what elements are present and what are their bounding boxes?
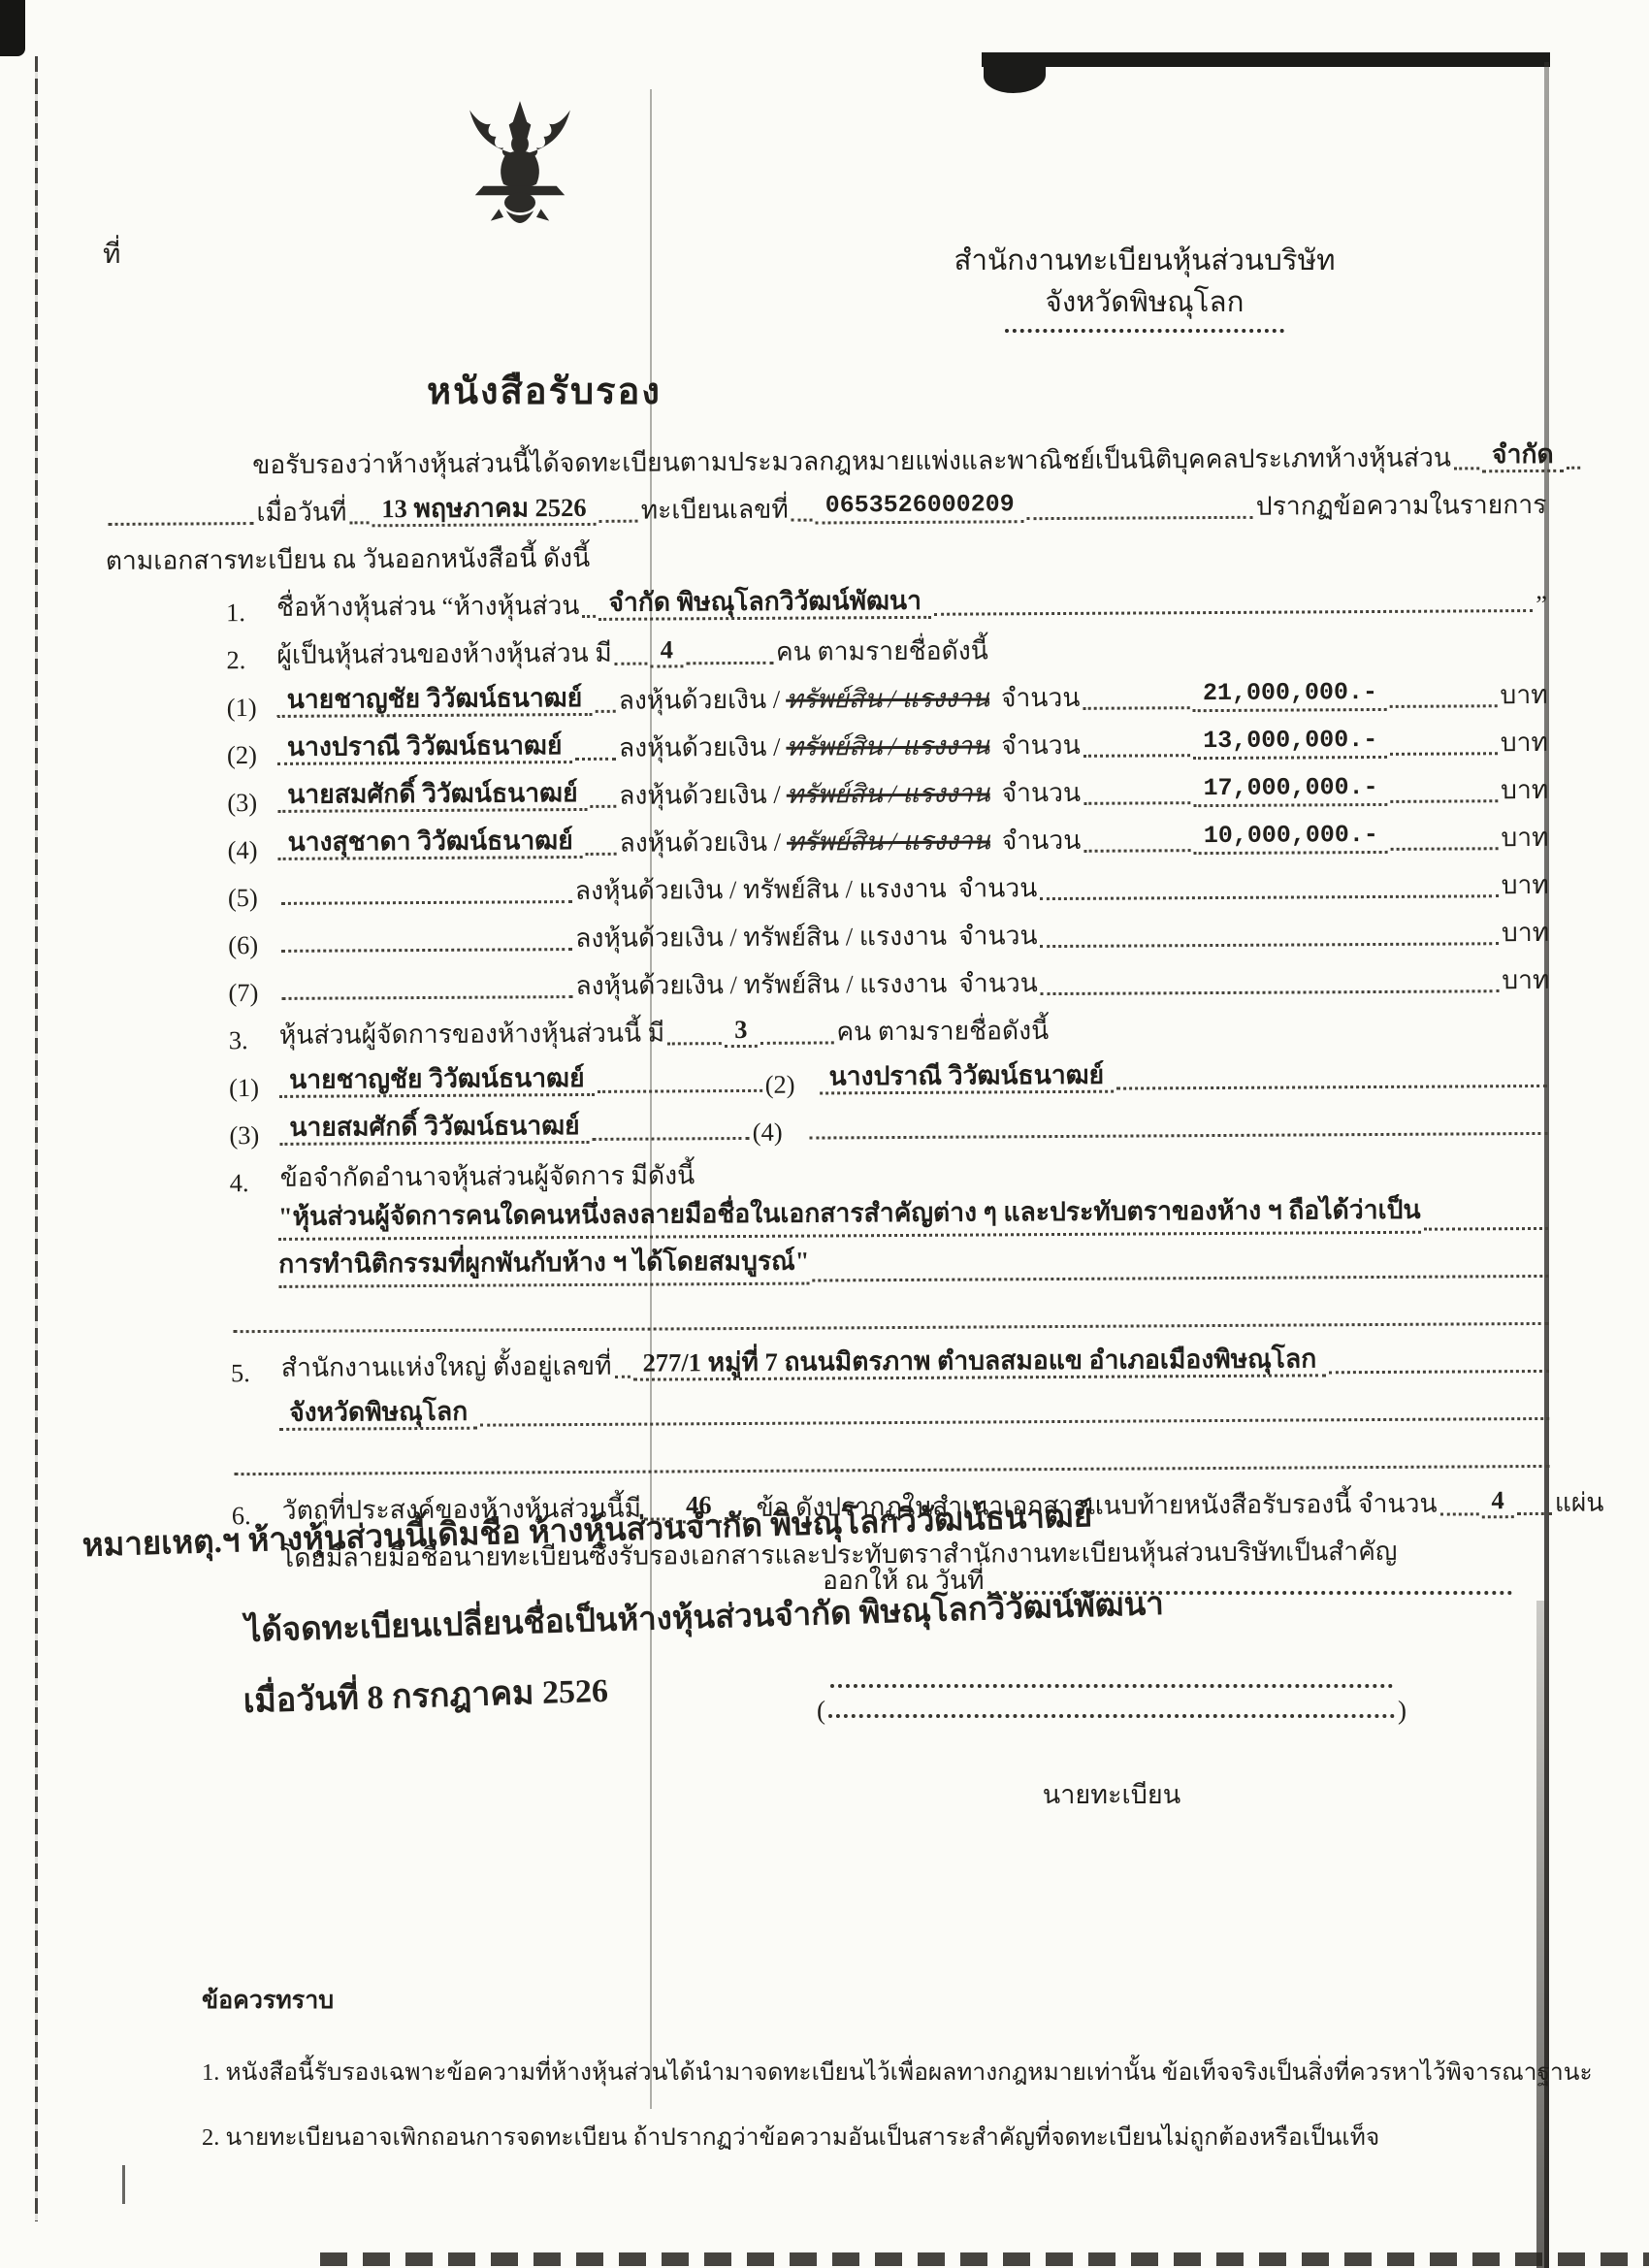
contribution-label: ลงหุ้นด้วยเงิน / bbox=[619, 727, 781, 768]
partner-row-empty: (7) ลงหุ้นด้วยเงิน / ทรัพย์สิน / แรงงาน … bbox=[228, 953, 1549, 1008]
manager-name: นายชาญชัย วิวัฒน์ธนาฒย์ bbox=[279, 1062, 595, 1097]
scan-artifact-top-left bbox=[0, 0, 25, 56]
authority-quote-text: การทำนิติกรรมที่ผูกพันกับห้าง ฯ ได้โดยสม… bbox=[278, 1241, 810, 1288]
item-4-quote-2: การทำนิติกรรมที่ผูกพันกับห้าง ฯ ได้โดยสม… bbox=[278, 1238, 1551, 1293]
head-office-label: สำนักงานแห่งใหญ่ ตั้งอยู่เลขที่ bbox=[281, 1345, 612, 1388]
signature-line bbox=[830, 1649, 1393, 1688]
manager-name: นายสมศักดิ์ วิวัฒน์ธนาฒย์ bbox=[279, 1110, 590, 1145]
row-number: (6) bbox=[228, 930, 278, 960]
head-office-address-fill: 277/1 หมู่ที่ 7 ถนนมิตรภาพ ตำบลสมอแข อำเ… bbox=[632, 1344, 1326, 1381]
notice-heading: ข้อควรทราบ bbox=[202, 1981, 1521, 2020]
currency-unit: บาท bbox=[1501, 769, 1548, 810]
row-number: (2) bbox=[227, 740, 277, 770]
certificate-body: ขอรับรองว่าห้างหุ้นส่วนนี้ได้จดทะเบียนตา… bbox=[105, 430, 1553, 1579]
notice-item-1: 1. หนังสือนี้รับรองเฉพาะข้อความที่ห้างหุ… bbox=[202, 2053, 1521, 2090]
intro-text: ปรากฏข้อความในรายการ bbox=[1256, 484, 1547, 527]
scan-artifact-left-edge bbox=[35, 56, 38, 2221]
amount-label: จำนวน bbox=[1002, 820, 1082, 860]
row-number: (1) bbox=[229, 1073, 279, 1103]
item-number: 4. bbox=[230, 1168, 280, 1198]
amount-label: จำนวน bbox=[1001, 772, 1081, 813]
partnership-type-fill: จำกัด bbox=[1482, 438, 1564, 472]
registration-no-fill: 0653526000209 bbox=[816, 491, 1024, 524]
row-number: (2) bbox=[765, 1070, 820, 1100]
managers-count-fill: 3 bbox=[725, 1014, 757, 1048]
blank-dotted-line bbox=[230, 1285, 1551, 1341]
partner-row-empty: (6) ลงหุ้นด้วยเงิน / ทรัพย์สิน / แรงงาน … bbox=[228, 905, 1549, 960]
authority-quote-text: "หุ้นส่วนผู้จัดการคนใดคนหนึ่งลงลายมือชื่… bbox=[278, 1189, 1421, 1241]
issuing-office-block: สำนักงานทะเบียนหุ้นส่วนบริษัท จังหวัดพิษ… bbox=[912, 241, 1377, 333]
office-province: จังหวัดพิษณุโลก bbox=[1005, 282, 1285, 333]
scan-artifact-top-bar bbox=[982, 52, 1550, 67]
managers-count-label: หุ้นส่วนผู้จัดการของห้างหุ้นส่วนนี้ มี bbox=[279, 1012, 665, 1054]
partners-count-label: ผู้เป็นหุ้นส่วนของห้างหุ้นส่วน มี bbox=[276, 632, 612, 675]
currency-unit: บาท bbox=[1502, 864, 1549, 905]
contribution-struck: ทรัพย์สิน / แรงงาน bbox=[787, 820, 990, 861]
partner-row: (3) นายสมศักดิ์ วิวัฒน์ธนาฒย์ ลงหุ้นด้วย… bbox=[227, 762, 1548, 818]
sheets-unit-label: แผ่น bbox=[1555, 1482, 1604, 1523]
item-2-heading: 2. ผู้เป็นหุ้นส่วนของห้างหุ้นส่วน มี 4 ค… bbox=[226, 620, 1547, 675]
paren-close: ) bbox=[1398, 1696, 1406, 1726]
manager-row: (1) นายชาญชัย วิวัฒน์ธนาฒย์ (2) นางปราณี… bbox=[229, 1048, 1550, 1103]
garuda-emblem-icon bbox=[456, 93, 584, 245]
contribution-struck: ทรัพย์สิน / แรงงาน bbox=[787, 772, 990, 814]
amount-label: จำนวน bbox=[958, 915, 1038, 956]
contribution-struck: ทรัพย์สิน / แรงงาน bbox=[786, 725, 989, 766]
signatory-name-line: ( ) bbox=[817, 1696, 1406, 1726]
notice-item-2: 2. นายทะเบียนอาจเพิกถอนการจดทะเบียน ถ้าป… bbox=[202, 2118, 1521, 2155]
contribution-struck: ทรัพย์สิน / แรงงาน bbox=[786, 677, 989, 719]
amount-label: จำนวน bbox=[958, 867, 1038, 908]
item-number: 2. bbox=[226, 645, 276, 675]
item-5-address: 5. สำนักงานแห่งใหญ่ ตั้งอยู่เลขที่ 277/1… bbox=[231, 1333, 1552, 1388]
row-number: (4) bbox=[228, 835, 278, 865]
manager-name: นางปราณี วิวัฒน์ธนาฒย์ bbox=[819, 1059, 1114, 1094]
contribution-label: ลงหุ้นด้วยเงิน / bbox=[619, 774, 781, 816]
scan-artifact-top-blob bbox=[984, 58, 1046, 93]
currency-unit: บาท bbox=[1502, 959, 1549, 1000]
intro-text: ขอรับรองว่าห้างหุ้นส่วนนี้ได้จดทะเบียนตา… bbox=[252, 437, 1451, 486]
amount-fill: 10,000,000.- bbox=[1194, 822, 1388, 855]
sheets-count-fill: 4 bbox=[1481, 1485, 1513, 1519]
notice-section: ข้อควรทราบ 1. หนังสือนี้รับรองเฉพาะข้อคว… bbox=[202, 1981, 1521, 2183]
row-number: (1) bbox=[227, 693, 277, 723]
partner-row-empty: (5) ลงหุ้นด้วยเงิน / ทรัพย์สิน / แรงงาน … bbox=[228, 858, 1549, 913]
contribution-label: ลงหุ้นด้วยเงิน / bbox=[619, 679, 781, 721]
amount-label: จำนวน bbox=[1001, 725, 1081, 765]
partner-row: (2) นางปราณี วิวัฒน์ธนาฒย์ ลงหุ้นด้วยเงิ… bbox=[227, 715, 1548, 770]
manager-row: (3) นายสมศักดิ์ วิวัฒน์ธนาฒย์ (4) bbox=[229, 1095, 1550, 1150]
item-1-name: 1. ชื่อห้างหุ้นส่วน “ห้างหุ้นส่วน จำกัด … bbox=[226, 572, 1547, 628]
row-number: (3) bbox=[227, 788, 277, 818]
partnership-name-label: ชื่อห้างหุ้นส่วน “ห้างหุ้นส่วน bbox=[276, 585, 580, 628]
intro-line-2: เมื่อวันที่ 13 พฤษภาคม 2526 ทะเบียนเลขที… bbox=[105, 477, 1546, 534]
head-office-province-fill: จังหวัดพิษณุโลก bbox=[279, 1396, 477, 1431]
registered-date-fill: 13 พฤษภาคม 2526 bbox=[372, 492, 596, 527]
currency-unit: บาท bbox=[1501, 722, 1548, 762]
amount-fill: 13,000,000.- bbox=[1193, 727, 1387, 760]
contribution-label: ลงหุ้นด้วยเงิน / ทรัพย์สิน / แรงงาน bbox=[575, 963, 947, 1006]
row-number: (5) bbox=[228, 883, 278, 913]
partners-count-fill: 4 bbox=[651, 634, 683, 668]
contribution-label: ลงหุ้นด้วยเงิน / bbox=[619, 822, 781, 863]
partners-count-suffix: คน ตามรายชื่อดังนี้ bbox=[776, 630, 988, 671]
amount-fill: 21,000,000.- bbox=[1193, 679, 1387, 712]
office-name: สำนักงานทะเบียนหุ้นส่วนบริษัท bbox=[912, 241, 1377, 282]
contribution-label: ลงหุ้นด้วยเงิน / ทรัพย์สิน / แรงงาน bbox=[575, 868, 947, 911]
amount-fill: 17,000,000.- bbox=[1193, 774, 1387, 807]
registrar-title: นายทะเบียน bbox=[824, 1773, 1399, 1815]
currency-unit: บาท bbox=[1501, 817, 1548, 858]
scan-artifact-left-tick bbox=[122, 2165, 125, 2204]
scan-artifact-bottom-band bbox=[320, 2252, 1649, 2266]
partner-name: นางปราณี วิวัฒน์ธนาฒย์ bbox=[277, 730, 572, 765]
item-number: 5. bbox=[231, 1358, 281, 1388]
intro-line-1: ขอรับรองว่าห้างหุ้นส่วนนี้ได้จดทะเบียนตา… bbox=[105, 430, 1546, 486]
currency-unit: บาท bbox=[1500, 674, 1547, 715]
registered-date-label: เมื่อวันที่ bbox=[256, 491, 346, 533]
manager-authority-heading: ข้อจำกัดอำนาจหุ้นส่วนผู้จัดการ มีดังนี้ bbox=[280, 1154, 695, 1198]
partner-row: (1) นายชาญชัย วิวัฒน์ธนาฒย์ ลงหุ้นด้วยเง… bbox=[226, 667, 1547, 723]
closing-quote: ” bbox=[1536, 590, 1547, 620]
amount-label: จำนวน bbox=[958, 962, 1038, 1003]
item-3-heading: 3. หุ้นส่วนผู้จัดการของห้างหุ้นส่วนนี้ ม… bbox=[229, 1000, 1550, 1055]
remark-line-3: เมื่อวันที่ 8 กรกฎาคม 2526 bbox=[242, 1664, 609, 1727]
scan-artifact-right-edge-thick bbox=[1536, 1601, 1549, 2268]
intro-text: ตามเอกสารทะเบียน ณ วันออกหนังสือนี้ ดังน… bbox=[106, 537, 591, 581]
paren-open: ( bbox=[817, 1696, 825, 1726]
row-number: (7) bbox=[228, 978, 278, 1008]
partner-name: นายสมศักดิ์ วิวัฒน์ธนาฒย์ bbox=[277, 777, 588, 812]
document-title: หนังสือรับรอง bbox=[427, 361, 662, 420]
item-4-quote-1: "หุ้นส่วนผู้จัดการคนใดคนหนึ่งลงลายมือชื่… bbox=[278, 1190, 1551, 1246]
managers-count-suffix: คน ตามรายชื่อดังนี้ bbox=[836, 1010, 1049, 1052]
item-number: 3. bbox=[229, 1025, 279, 1055]
item-5-address-2: จังหวัดพิษณุโลก bbox=[279, 1380, 1552, 1436]
row-number: (4) bbox=[753, 1118, 807, 1148]
amount-label: จำนวน bbox=[1001, 677, 1081, 718]
currency-unit: บาท bbox=[1502, 912, 1549, 953]
issued-at-label: ออกให้ ณ วันที่ bbox=[823, 1560, 985, 1601]
partner-name: นางสุชาดา วิวัฒน์ธนาฒย์ bbox=[277, 826, 582, 860]
contribution-label: ลงหุ้นด้วยเงิน / ทรัพย์สิน / แรงงาน bbox=[575, 916, 947, 958]
registration-no-label: ทะเบียนเลขที่ bbox=[641, 489, 789, 531]
partner-row: (4) นางสุชาดา วิวัฒน์ธนาฒย์ ลงหุ้นด้วยเง… bbox=[227, 810, 1548, 865]
blank-dotted-line bbox=[231, 1428, 1552, 1483]
item-number: 1. bbox=[226, 598, 276, 628]
reference-number-label: ที่ bbox=[103, 233, 120, 275]
partnership-name-fill: จำกัด พิษณุโลกวิวัฒน์พัฒนา bbox=[598, 585, 931, 621]
partner-name: นายชาญชัย วิวัฒน์ธนาฒย์ bbox=[277, 682, 593, 717]
issued-date-line: ออกให้ ณ วันที่ bbox=[823, 1560, 1515, 1601]
row-number: (3) bbox=[229, 1120, 279, 1150]
